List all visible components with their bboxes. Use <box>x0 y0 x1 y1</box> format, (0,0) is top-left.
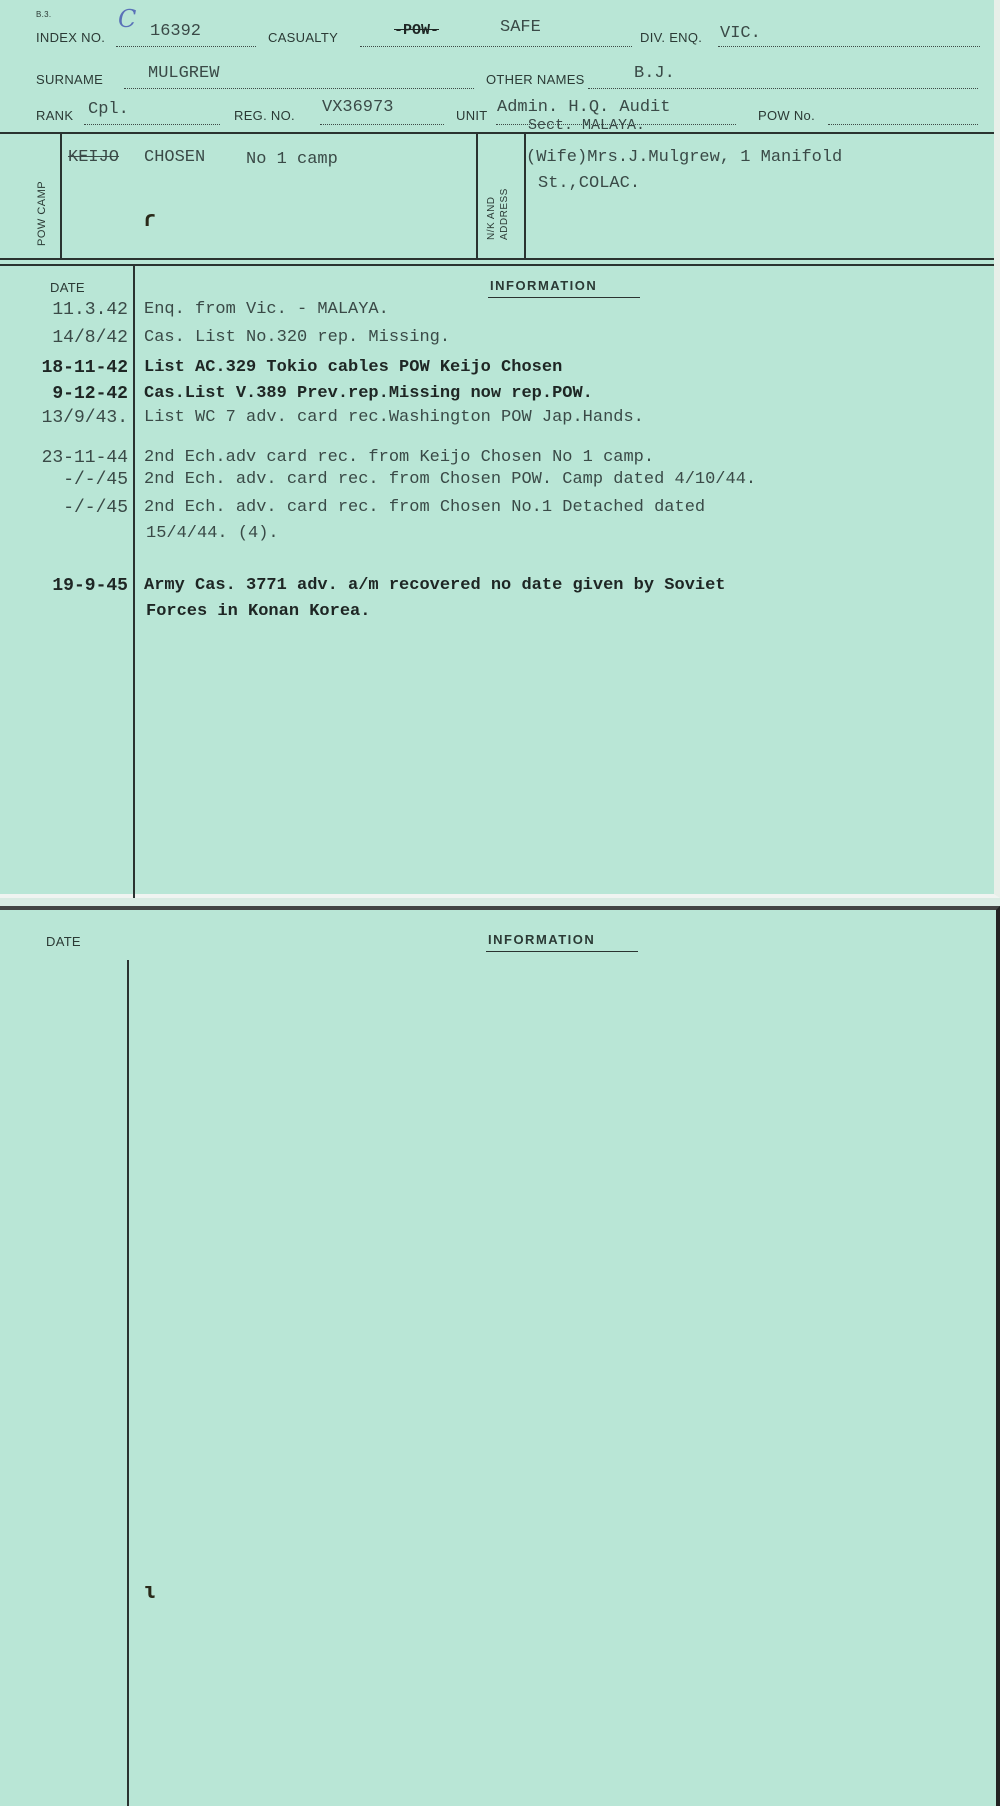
nok-address-line2: St.,COLAC. <box>538 174 640 193</box>
reg-no-label: REG. NO. <box>234 108 295 123</box>
entry-date: -/-/45 <box>0 498 128 518</box>
entry-info: Army Cas. 3771 adv. a/m recovered no dat… <box>144 576 726 595</box>
surname-label: SURNAME <box>36 72 103 87</box>
information-header-underline-back <box>486 951 638 952</box>
entry-date: -/-/45 <box>0 470 128 490</box>
unit-value: Admin. H.Q. Audit <box>497 98 670 117</box>
entry-date: 9-12-42 <box>0 384 128 404</box>
entry-info: Enq. from Vic. - MALAYA. <box>144 300 389 319</box>
div-enq-line <box>718 46 980 47</box>
index-no-line <box>116 46 256 47</box>
nok-label-line2: ADDRESS <box>499 188 510 240</box>
entry-info: List AC.329 Tokio cables POW Keijo Chose… <box>144 358 562 377</box>
entry-info: 2nd Ech. adv. card rec. from Chosen POW.… <box>144 470 756 489</box>
surname-line <box>124 88 474 89</box>
pow-camp-label: POW CAMP <box>36 181 48 246</box>
entry-date: 23-11-44 <box>0 448 128 468</box>
entry-info: List WC 7 adv. card rec.Washington POW J… <box>144 408 644 427</box>
entry-date: 18-11-42 <box>0 358 128 378</box>
entry-date: 13/9/43. <box>0 408 128 428</box>
other-names-line <box>588 88 978 89</box>
pow-camp-value: CHOSEN <box>144 148 205 167</box>
table-top-rule <box>0 264 994 266</box>
unit-label: UNIT <box>456 108 488 123</box>
pow-no-line <box>828 124 978 125</box>
casualty-struck-value: -POW- <box>394 22 439 39</box>
date-header: DATE <box>50 280 85 295</box>
surname-value: MULGREW <box>148 64 219 83</box>
pow-camp-struck: KEIJO <box>68 148 119 167</box>
rank-line <box>84 124 220 125</box>
date-column-divider <box>133 266 135 898</box>
entry-info: Cas. List No.320 rep. Missing. <box>144 328 450 347</box>
camp-box-top-rule <box>0 132 994 134</box>
reg-no-line <box>320 124 444 125</box>
rank-value: Cpl. <box>88 100 129 119</box>
entry-info-continued: 15/4/44. (4). <box>146 524 279 543</box>
date-header-back: DATE <box>46 934 81 949</box>
nok-divider-left <box>476 132 478 260</box>
pow-no-label: POW No. <box>758 108 815 123</box>
casualty-label: CASUALTY <box>268 30 338 45</box>
index-no-label: INDEX NO. <box>36 30 105 45</box>
casualty-line <box>360 46 632 47</box>
index-card-back: DATE INFORMATION ɩ <box>0 906 1000 1806</box>
other-names-label: OTHER NAMES <box>486 72 585 87</box>
camp-box-bottom-rule <box>0 258 994 260</box>
entry-info-continued: Forces in Konan Korea. <box>146 602 370 621</box>
ink-blot: ɾ <box>143 208 156 233</box>
entry-info: Cas.List V.389 Prev.rep.Missing now rep.… <box>144 384 593 403</box>
date-column-divider-back <box>127 960 129 1806</box>
information-header-back: INFORMATION <box>488 932 595 947</box>
index-handwritten-mark: C <box>118 5 136 33</box>
ink-blot-back: ɩ <box>144 1580 157 1605</box>
entry-info: 2nd Ech.adv card rec. from Keijo Chosen … <box>144 448 654 467</box>
other-names-value: B.J. <box>634 64 675 83</box>
entry-date: 19-9-45 <box>0 576 128 596</box>
nok-address-line1: (Wife)Mrs.J.Mulgrew, 1 Manifold <box>526 148 842 167</box>
form-code: B.3. <box>36 10 51 19</box>
entry-date: 11.3.42 <box>0 300 128 320</box>
entry-info: 2nd Ech. adv. card rec. from Chosen No.1… <box>144 498 705 517</box>
div-enq-label: DIV. ENQ. <box>640 30 702 45</box>
information-header-underline <box>488 297 640 298</box>
information-header: INFORMATION <box>490 278 597 293</box>
reg-no-value: VX36973 <box>322 98 393 117</box>
div-enq-value: VIC. <box>720 24 761 43</box>
index-no-value: 16392 <box>150 22 201 41</box>
nok-label-line1: N/K AND <box>486 196 497 240</box>
entry-date: 14/8/42 <box>0 328 128 348</box>
camp-label-divider <box>60 132 62 260</box>
casualty-value: SAFE <box>500 18 541 37</box>
index-card-front: B.3. INDEX NO. C 16392 CASUALTY -POW- SA… <box>0 0 1000 898</box>
rank-label: RANK <box>36 108 73 123</box>
pow-camp-value-rest: No 1 camp <box>246 150 338 169</box>
